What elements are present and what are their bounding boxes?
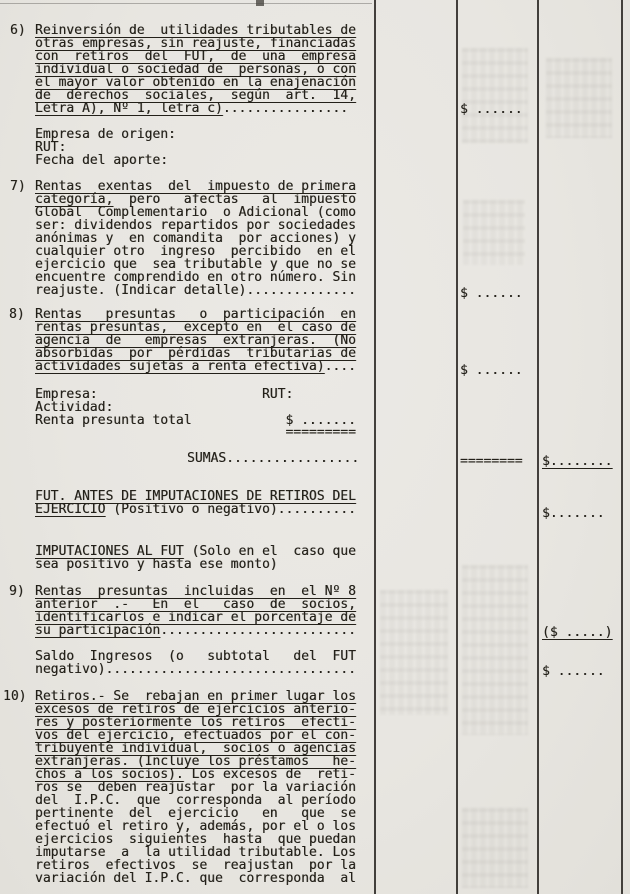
item-8-number: 8) [9, 308, 25, 321]
fut-antes-line-2: EJERCICIO (Positivo o negativo).........… [35, 503, 356, 516]
bleedthrough-smudge [546, 58, 612, 138]
scanned-document-page: 6)Reinversión de utilidades tributables … [0, 0, 630, 894]
item-9-amount-cell: ($ .....) [542, 626, 612, 639]
item-6-number: 6) [10, 24, 26, 37]
bleedthrough-smudge [462, 48, 528, 143]
sumas-rule-cell: ======== [460, 455, 523, 468]
fut-antes-amount-cell: $....... [542, 507, 605, 520]
item-9-number: 9) [9, 585, 25, 598]
item-6-note-fecha: Fecha del aporte: [35, 154, 168, 167]
item-9-line-4: su participación........................… [35, 624, 356, 637]
item-6-line-7: Letra A), Nº 1, letra c)................ [35, 102, 348, 115]
table-rule-vertical [456, 0, 458, 894]
sumas-amount-cell: $........ [542, 455, 612, 468]
table-rule-vertical [537, 0, 539, 894]
bleedthrough-smudge [462, 808, 528, 888]
bleedthrough-smudge [380, 590, 448, 715]
item-7-number: 7) [10, 180, 26, 193]
bleedthrough-smudge [462, 565, 528, 735]
page-top-edge-line [0, 3, 372, 4]
item-7-line-9: reajuste. (Indicar detalle).............… [35, 284, 356, 297]
item-10-number: 10) [3, 690, 26, 703]
saldo-line-2: negativo)...............................… [35, 663, 356, 676]
imputaciones-line-2: sea positivo y hasta ese monto) [35, 558, 278, 571]
table-rule-vertical [374, 0, 376, 894]
bleedthrough-smudge [463, 200, 525, 265]
page-number-remnant [256, 0, 264, 6]
item-6-amount-cell: $ ...... [460, 103, 523, 116]
table-rule-vertical [621, 0, 623, 894]
item-10-line-15: variación del I.P.C. que corresponda al [35, 872, 356, 885]
item-8-line-5: actividades sujetas a renta efectiva)...… [35, 360, 356, 373]
item-7-amount-cell: $ ...... [460, 287, 523, 300]
sumas-line: SUMAS................. [187, 452, 359, 465]
item-8-note-double-rule: ========= [35, 426, 356, 439]
item-8-amount-cell: $ ...... [460, 364, 523, 377]
saldo-amount-cell: $ ...... [542, 665, 605, 678]
